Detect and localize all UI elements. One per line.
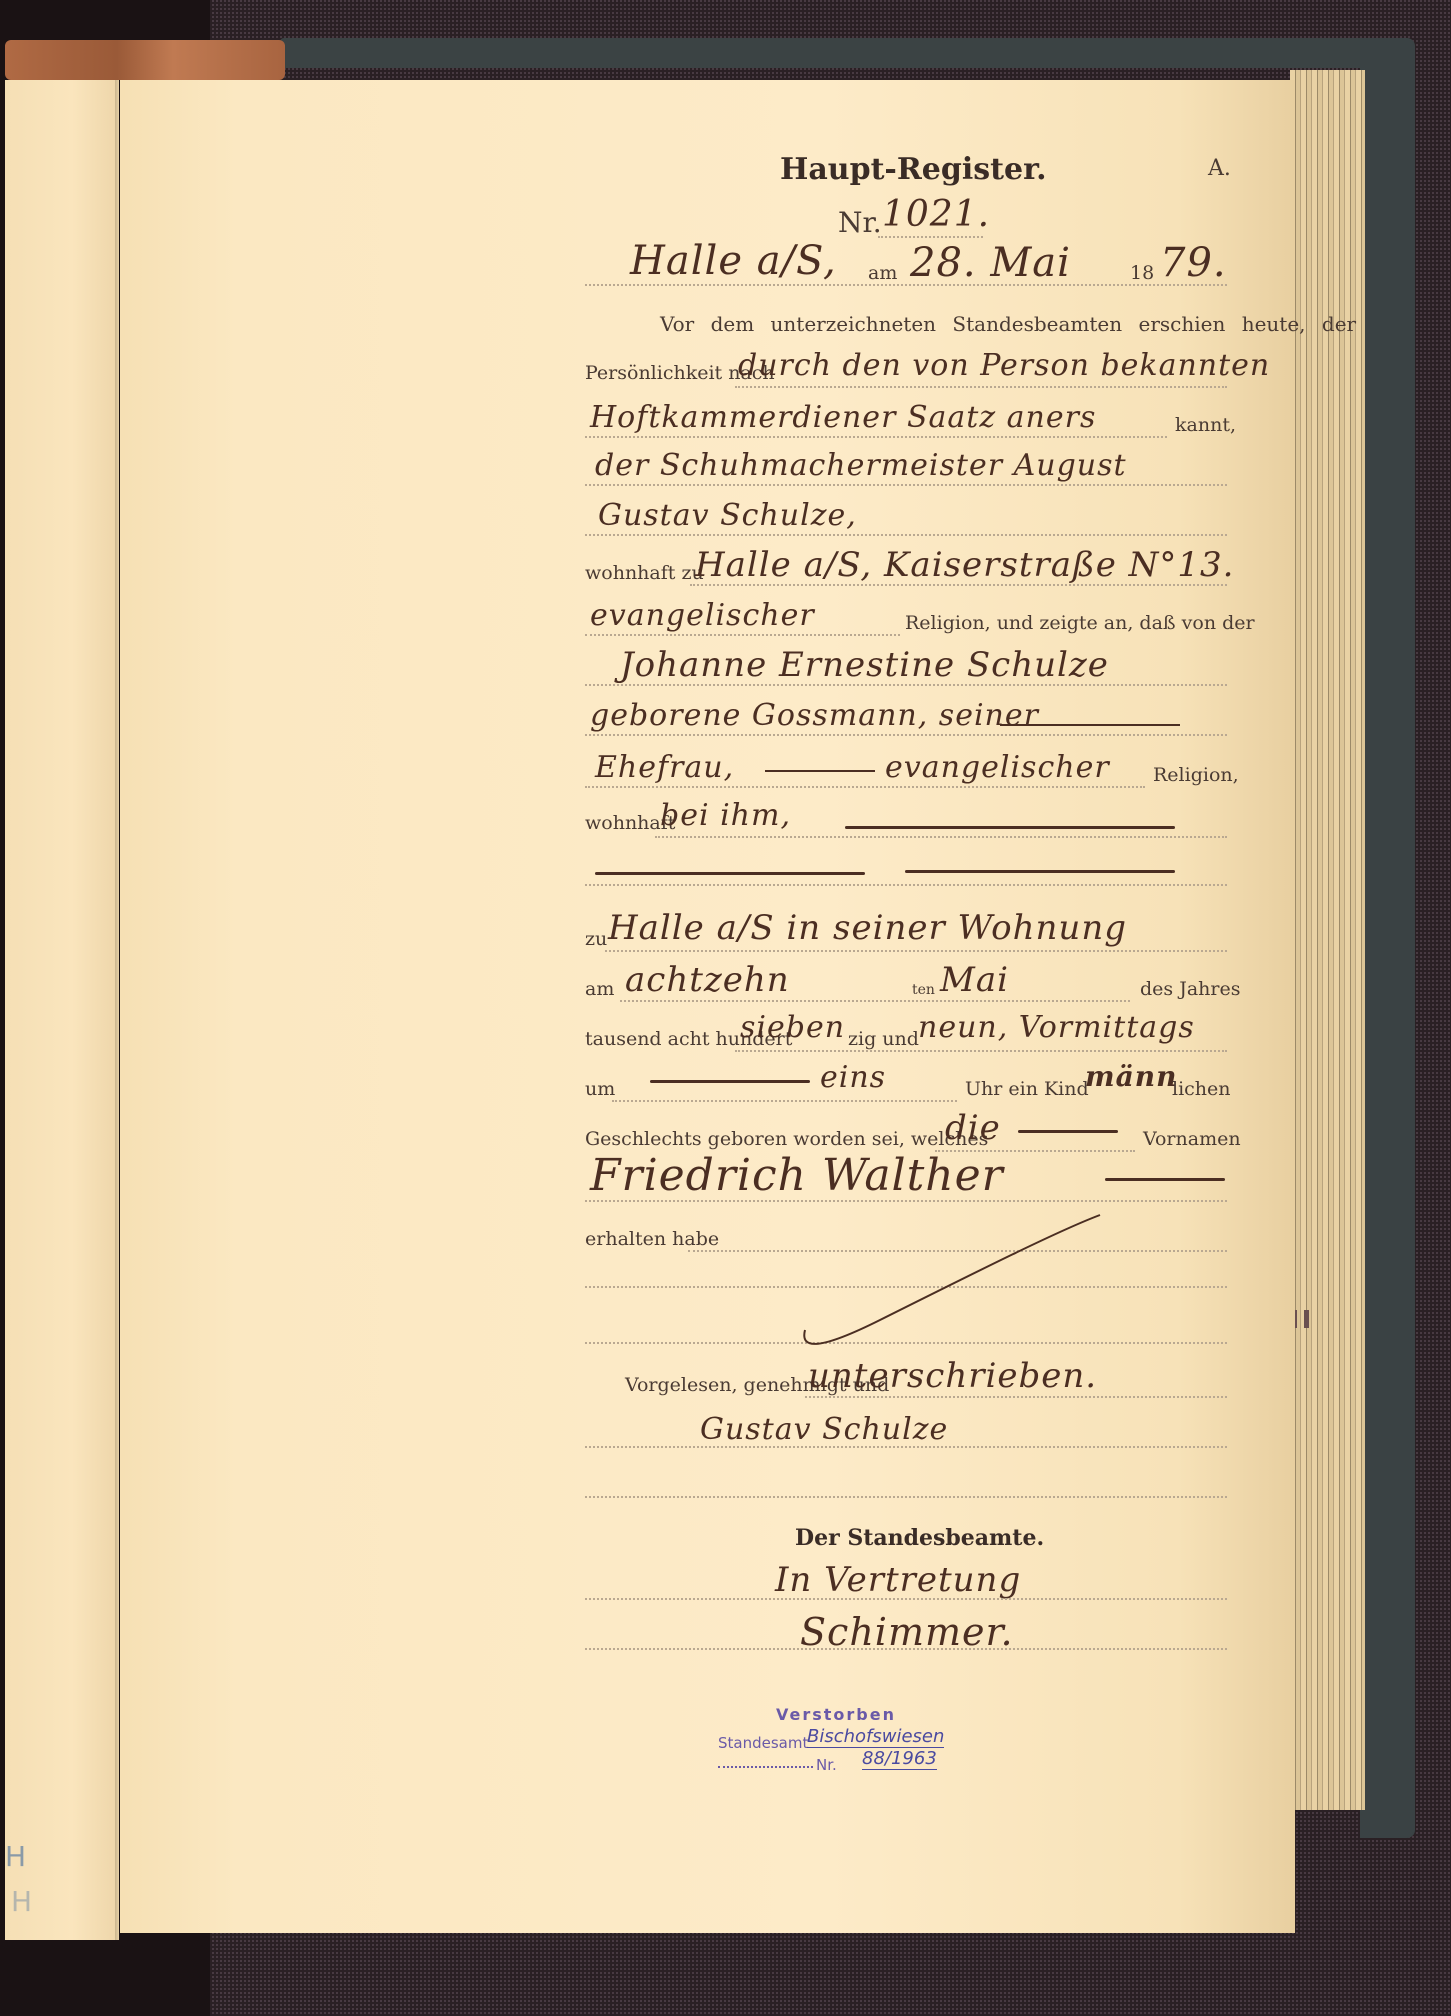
dotted-line [735,386,1227,388]
dotted-line [585,1648,1227,1650]
hand-stroke [765,770,875,772]
stamp-nr-label: Nr. [816,1756,837,1774]
hand-stroke [1000,724,1180,726]
number-label: Nr. [838,206,882,239]
handwritten-text: Ehefrau, [595,750,734,785]
dotted-line [585,1496,1227,1498]
dotted-line [585,436,1167,438]
text-label: ten [912,982,935,998]
text-label: wohnhaft zu [585,562,704,584]
text-label: Geschlechts geboren worden sei, welches [585,1128,988,1150]
register-number: 1021. [882,194,990,235]
official-signature-line1: In Vertretung [775,1560,1021,1600]
text-label: lichen [1172,1078,1231,1100]
dotted-line [690,584,1227,586]
place-hand: Halle a/S, [630,238,837,284]
handwritten-text: sieben [740,1010,845,1045]
official-title: Der Standesbeamte. [795,1525,1044,1551]
text-label: Uhr ein Kind [965,1078,1089,1100]
handwritten-text: bei ihm, [660,798,791,833]
handwritten-text: männ [1085,1060,1177,1093]
text-label: zig und [848,1028,919,1050]
handwritten-text: Mai [940,960,1009,1000]
text-label: um [585,1078,615,1100]
dotted-line [655,836,1227,838]
handwritten-text: neun, Vormittags [918,1010,1195,1045]
hand-stroke [650,1080,810,1083]
child-names-hand: Friedrich Walther [590,1150,1004,1201]
text-line: Vor dem unterzeichneten Standesbeamten e… [660,312,1356,336]
register-page: Haupt-Register. A. Nr. 1021. Halle a/S, … [0,0,1451,2016]
hand-stroke [1018,1130,1118,1133]
stamp-title: Verstorben [776,1705,896,1724]
informant-signature: Gustav Schulze [700,1412,948,1447]
dotted-line [585,734,1227,736]
handwritten-text: Halle a/S in seiner Wohnung [608,908,1127,948]
handwritten-text: durch den von Person bekannten [738,348,1270,383]
dotted-line [620,1000,1130,1002]
cancellation-stroke [760,1210,1120,1360]
section-letter: A. [1208,156,1231,181]
text-label: Vornamen [1143,1128,1241,1150]
handwritten-text: eins [820,1060,886,1095]
dotted-line [585,1446,1227,1448]
handwritten-text: der Schuhmachermeister August [595,448,1127,483]
dotted-line [805,1396,1227,1398]
handwritten-text: evangelischer [885,750,1110,785]
dotted-line [585,1598,1227,1600]
stamp-office-label: Standesamt [718,1734,808,1752]
handwritten-text: geborene Gossmann, seiner [590,698,1039,733]
dotted-line [585,786,1145,788]
year-suffix: 79. [1160,240,1227,286]
handwritten-text: Gustav Schulze, [598,498,857,533]
handwritten-text: Hoftkammerdiener Saatz aners [590,400,1096,435]
stamp-dotted-line [718,1766,813,1768]
text-label: des Jahres [1140,978,1240,1000]
dotted-line [585,684,1227,686]
dotted-line [605,950,1227,952]
hand-stroke [1105,1178,1225,1181]
dotted-line [585,534,1227,536]
hand-stroke [595,872,865,875]
dotted-line [585,884,1227,886]
handwritten-text: unterschrieben. [808,1356,1097,1396]
text-label: Religion, [1153,764,1239,786]
dotted-line [735,1050,1227,1052]
hand-stroke [845,826,1175,829]
dotted-line [585,634,900,636]
text-label: kannt, [1175,414,1236,436]
stamp-office-hand: Bischofswiesen [807,1726,944,1748]
text-label: erhalten habe [585,1228,719,1250]
register-title: Haupt-Register. [780,152,1047,187]
handwritten-text: Halle a/S, Kaiserstraße N°13. [695,545,1234,585]
handwritten-text: Johanne Ernestine Schulze [620,645,1109,685]
stamp-nr-hand: 88/1963 [862,1748,937,1770]
dotted-line [878,236,983,238]
dotted-line [585,1200,1227,1202]
text-label: Religion, und zeigte an, daß von der [905,612,1255,634]
handwritten-text: die [945,1108,1001,1148]
dotted-line [585,284,1227,286]
date-hand: 28. Mai [910,240,1071,286]
dotted-line [585,484,1227,486]
dotted-line [612,1100,957,1102]
year-prefix: 18 [1130,262,1154,284]
text-label: zu [585,928,607,950]
hand-stroke [905,870,1175,873]
am-label: am [868,262,897,284]
handwritten-text: evangelischer [590,598,815,633]
handwritten-text: achtzehn [625,960,790,1000]
text-label: am [585,978,614,1000]
